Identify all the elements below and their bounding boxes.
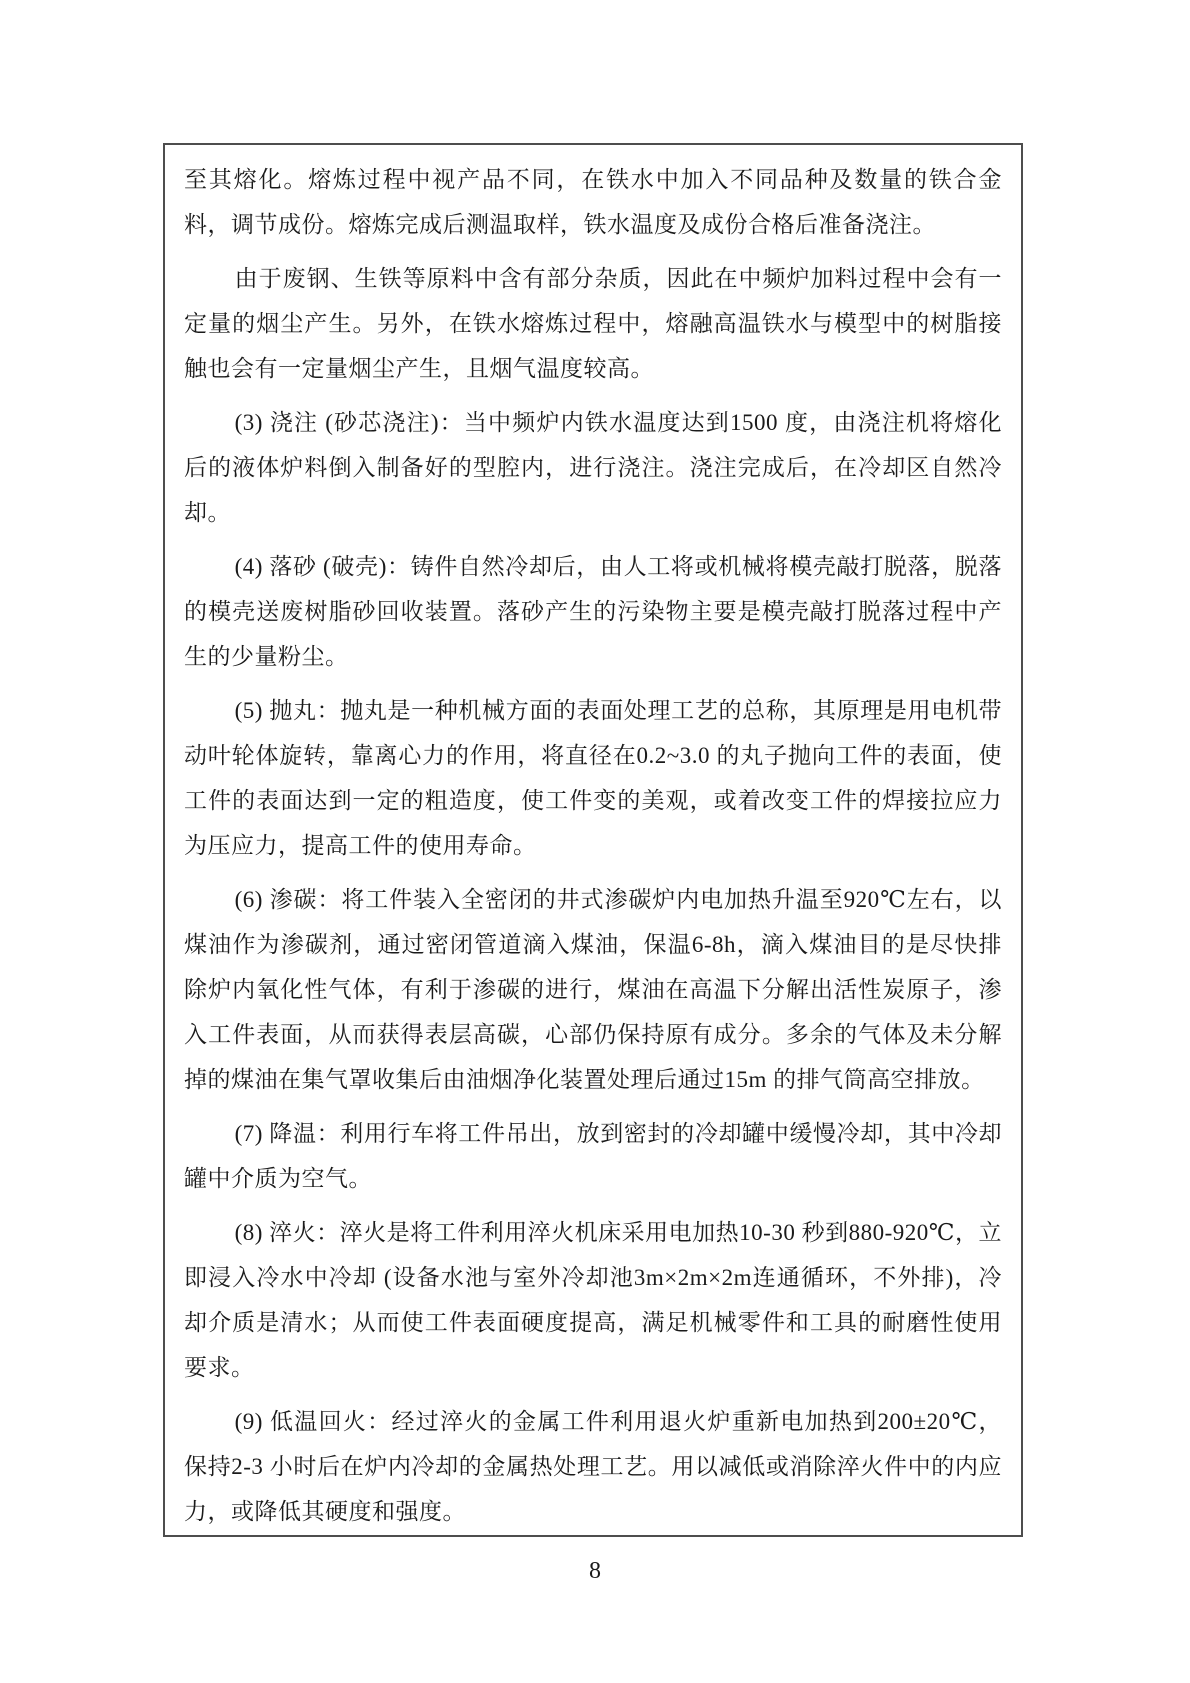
page-number: 8 <box>0 1558 1190 1585</box>
document-page: 至其熔化。熔炼过程中视产品不同，在铁水中加入不同品种及数量的铁合金料，调节成份。… <box>0 0 1190 1683</box>
paragraph-dust-emission: 由于废钢、生铁等原料中含有部分杂质，因此在中频炉加料过程中会有一定量的烟尘产生。… <box>184 256 1002 391</box>
text-cell-border: 至其熔化。熔炼过程中视产品不同，在铁水中加入不同品种及数量的铁合金料，调节成份。… <box>163 143 1023 1537</box>
paragraph-step7-cooling: (7) 降温：利用行车将工件吊出，放到密封的冷却罐中缓慢冷却，其中冷却罐中介质为… <box>184 1111 1002 1201</box>
paragraph-continuation: 至其熔化。熔炼过程中视产品不同，在铁水中加入不同品种及数量的铁合金料，调节成份。… <box>184 157 1002 247</box>
paragraph-step6-carburize: (6) 渗碳：将工件装入全密闭的井式渗碳炉内电加热升温至920℃左右，以煤油作为… <box>184 877 1002 1102</box>
paragraph-step3-pouring: (3) 浇注 (砂芯浇注)：当中频炉内铁水温度达到1500 度，由浇注机将熔化后… <box>184 400 1002 535</box>
paragraph-step8-quenching: (8) 淬火：淬火是将工件利用淬火机床采用电加热10-30 秒到880-920℃… <box>184 1210 1002 1390</box>
paragraph-step5-shotblast: (5) 抛丸：抛丸是一种机械方面的表面处理工艺的总称，其原理是用电机带动叶轮体旋… <box>184 688 1002 868</box>
paragraph-step9-tempering: (9) 低温回火：经过淬火的金属工件利用退火炉重新电加热到200±20℃，保持2… <box>184 1399 1002 1534</box>
paragraph-step4-shakeout: (4) 落砂 (破壳)：铸件自然冷却后，由人工将或机械将模壳敲打脱落，脱落的模壳… <box>184 544 1002 679</box>
